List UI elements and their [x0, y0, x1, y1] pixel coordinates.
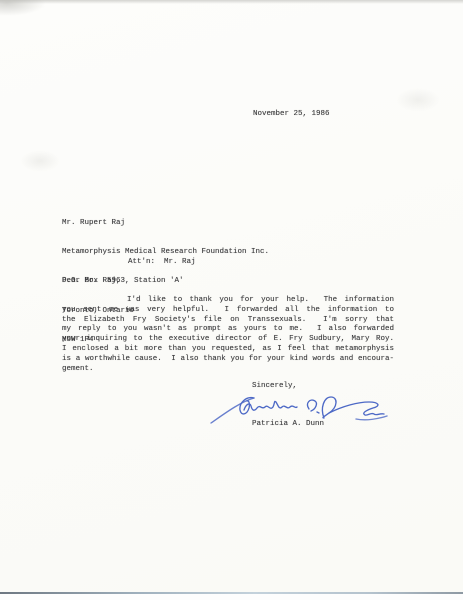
body-line: is a worthwhile cause. I also thank you …: [62, 355, 394, 365]
typed-signature-name: Patricia A. Dunn: [252, 420, 324, 430]
body-line: your inquiring to the executive director…: [62, 335, 394, 345]
closing: Sincerely,: [252, 382, 297, 392]
scan-area-below-edge: [0, 594, 463, 600]
address-line-org: Metamorphysis Medical Research Foundatio…: [62, 248, 269, 258]
body-line: the Elizabeth Fry Society's file on Tran…: [62, 316, 394, 326]
scan-edge-top: [0, 0, 463, 4]
body-line: I'd like to thank you for your help. The…: [62, 296, 394, 306]
body-line: gement.: [62, 365, 394, 375]
body-line: I enclosed a bit more than you requested…: [62, 345, 394, 355]
body-paragraph: I'd like to thank you for your help. The…: [62, 296, 394, 374]
address-line-name: Mr. Rupert Raj: [62, 219, 269, 229]
date-line: November 25, 1986: [253, 110, 330, 120]
body-line: you sent me was very helpful. I forwarde…: [62, 306, 394, 316]
attention-line: Att'n: Mr. Raj: [128, 258, 196, 268]
paper-smudge: [396, 88, 440, 112]
scan-corner-smudge: [0, 0, 46, 16]
salutation: Dear Mr. Raj,: [62, 277, 121, 287]
scanned-letter-page: November 25, 1986 Mr. Rupert Raj Metamor…: [0, 0, 463, 600]
paper-smudge: [20, 150, 60, 172]
body-line: my reply to you wasn't as prompt as your…: [62, 325, 394, 335]
